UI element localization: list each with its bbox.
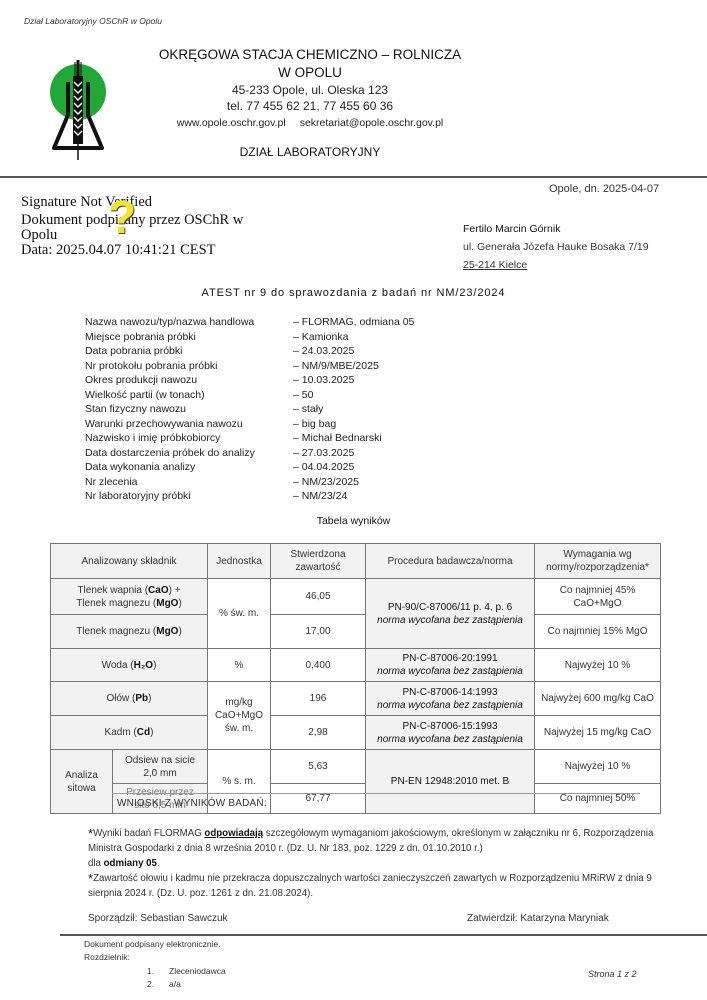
procedure-cell: PN-90/C-87006/11 p. 4, p. 6norma wycofan… — [366, 579, 535, 649]
note-compliance: *Wyniki badań FLORMAG odpowiadają szczeg… — [88, 826, 688, 856]
table-row: Tlenek magnezu (MgO) 17,00 Co najmniej 1… — [51, 615, 661, 649]
info-value: – NM/23/24 — [293, 489, 347, 504]
procedure-cell: PN-EN 12948:2010 met. B — [366, 750, 535, 814]
list-item: 2.a/a — [84, 978, 226, 991]
info-label: Wielkość partii (w tonach) — [85, 388, 293, 403]
col-header-unit: Jednostka — [208, 544, 271, 579]
info-value: – 10.03.2025 — [293, 373, 354, 388]
info-row: Nr laboratoryjny próbki– NM/23/24 — [85, 489, 414, 504]
info-value: – stały — [293, 402, 323, 417]
procedure-cell: PN-C-87006-15:1993norma wycofana bez zas… — [366, 716, 535, 750]
info-label: Warunki przechowywania nawozu — [85, 417, 293, 432]
info-label: Data pobrania próbki — [85, 344, 293, 359]
info-row: Nr zlecenia– NM/23/2025 — [85, 475, 414, 490]
info-row: Okres produkcji nawozu– 10.03.2025 — [85, 373, 414, 388]
header-divider — [0, 176, 707, 178]
info-value: – 24.03.2025 — [293, 344, 354, 359]
component-water: Woda (H₂O) — [51, 649, 208, 682]
results-table: Analizowany składnik Jednostka Stwierdzo… — [50, 543, 661, 814]
footer: Dokument podpisany elektronicznie. Rozdz… — [84, 938, 226, 990]
value-cell: 46,05 — [271, 579, 366, 615]
info-label: Okres produkcji nawozu — [85, 373, 293, 388]
info-value: – NM/9/MBE/2025 — [293, 359, 379, 374]
info-label: Nazwa nawozu/typ/nazwa handlowa — [85, 315, 293, 330]
info-label: Data wykonania analizy — [85, 460, 293, 475]
requirement-cell: Co najmniej 50% — [535, 784, 661, 814]
component-sieve-group: Analizasitowa — [51, 750, 113, 814]
note-contaminants: *Zawartość ołowiu i kadmu nie przekracza… — [88, 871, 688, 901]
document-title: ATEST nr 9 do sprawozdania z badań nr NM… — [0, 287, 707, 299]
overlay-divider — [112, 793, 640, 794]
recipient-address: Fertilo Marcin Górnik ul. Generała Józef… — [463, 220, 649, 274]
sample-info-list: Nazwa nawozu/typ/nazwa handlowa– FLORMAG… — [85, 315, 414, 504]
table-row: Analizasitowa Odsiew na sicie2,0 mm % s.… — [51, 750, 661, 784]
unit-cell: % św. m. — [208, 579, 271, 649]
requirement-cell: Najwyżej 600 mg/kg CaO — [535, 682, 661, 716]
org-email-link[interactable]: sekretariat@opole.oschr.gov.pl — [300, 117, 444, 129]
info-value: – NM/23/2025 — [293, 475, 359, 490]
requirement-cell: Co najmniej 15% MgO — [535, 615, 661, 649]
info-value: – 50 — [293, 388, 313, 403]
component-lead: Ołów (Pb) — [51, 682, 208, 716]
footer-signed-note: Dokument podpisany elektronicznie. — [84, 938, 226, 951]
info-value: – big bag — [293, 417, 336, 432]
wheat-flask-logo-icon — [48, 60, 108, 160]
note-compliance-variety: dla odmiany 05. — [88, 856, 688, 871]
department-name: DZIAŁ LABORATORYJNY — [150, 145, 470, 159]
info-value: – FLORMAG, odmiana 05 — [293, 315, 414, 330]
component-cao-mgo: Tlenek wapnia (CaO) +Tlenek magnezu (MgO… — [51, 579, 208, 615]
org-address: 45-233 Opole, ul. Oleska 123 — [150, 82, 470, 98]
prepared-by: Sporządził: Sebastian Sawczuk — [88, 913, 228, 924]
value-cell: 67,77 — [271, 784, 366, 814]
info-row: Data dostarczenia próbek do analizy– 27.… — [85, 446, 414, 461]
table-row: Tlenek wapnia (CaO) +Tlenek magnezu (MgO… — [51, 579, 661, 615]
document-date: Opole, dn. 2025-04-07 — [549, 183, 659, 195]
info-label: Nazwisko i imię próbkobiorcy — [85, 431, 293, 446]
list-item: 1.Zleceniodawca — [84, 965, 226, 978]
component-sieve-residue: Odsiew na sicie2,0 mm — [113, 750, 208, 784]
info-value: – 27.03.2025 — [293, 446, 354, 461]
table-row: Woda (H₂O) % 0,400 PN-C-87006-20:1991nor… — [51, 649, 661, 682]
table-title: Tabela wyników — [0, 515, 707, 527]
component-cadmium: Kadm (Cd) — [51, 716, 208, 750]
requirement-cell: Najwyżej 10 % — [535, 649, 661, 682]
org-city: W OPOLU — [150, 64, 470, 82]
value-cell: 2,98 — [271, 716, 366, 750]
header-top-label: Dział Laboratoryjny OSChR w Opolu — [24, 16, 162, 26]
info-label: Nr laboratoryjny próbki — [85, 489, 293, 504]
info-row: Nr protokołu pobrania próbki– NM/9/MBE/2… — [85, 359, 414, 374]
org-phone: tel. 77 455 62 21, 77 455 60 36 — [150, 98, 470, 114]
approved-by: Zatwierdził: Katarzyna Maryniak — [467, 913, 609, 924]
info-label: Nr zlecenia — [85, 475, 293, 490]
info-value: – Kamionka — [293, 330, 348, 345]
conclusions-notes: *Wyniki badań FLORMAG odpowiadają szczeg… — [88, 826, 688, 901]
distribution-list: 1.Zleceniodawca 2.a/a — [84, 965, 226, 990]
info-label: Stan fizyczny nawozu — [85, 402, 293, 417]
org-name: OKRĘGOWA STACJA CHEMICZNO – ROLNICZA — [150, 46, 470, 64]
table-row: Kadm (Cd) 2,98 PN-C-87006-15:1993norma w… — [51, 716, 661, 750]
requirement-cell: Najwyżej 15 mg/kg CaO — [535, 716, 661, 750]
value-cell: 5,63 — [271, 750, 366, 784]
question-mark-icon[interactable]: ? — [108, 192, 136, 242]
info-label: Nr protokołu pobrania próbki — [85, 359, 293, 374]
component-mgo: Tlenek magnezu (MgO) — [51, 615, 208, 649]
info-label: Data dostarczenia próbek do analizy — [85, 446, 293, 461]
value-cell: 0,400 — [271, 649, 366, 682]
col-header-value: Stwierdzonazawartość — [271, 544, 366, 579]
info-row: Data pobrania próbki– 24.03.2025 — [85, 344, 414, 359]
col-header-requirements: Wymagania wgnormy/rozporządzenia* — [535, 544, 661, 579]
info-row: Stan fizyczny nawozu– stały — [85, 402, 414, 417]
info-row: Miejsce pobrania próbki– Kamionka — [85, 330, 414, 345]
col-header-procedure: Procedura badawcza/norma — [366, 544, 535, 579]
org-website-link[interactable]: www.opole.oschr.gov.pl — [177, 117, 286, 129]
table-row: Ołów (Pb) mg/kgCaO+MgOśw. m. 196 PN-C-87… — [51, 682, 661, 716]
info-row: Nazwa nawozu/typ/nazwa handlowa– FLORMAG… — [85, 315, 414, 330]
conclusions-heading: WNIOSKI Z WYNIKÓW BADAŃ: — [117, 798, 267, 809]
info-value: – Michał Bednarski — [293, 431, 382, 446]
page-number: Strona 1 z 2 — [588, 969, 637, 979]
col-header-component: Analizowany składnik — [51, 544, 208, 579]
letterhead: OKRĘGOWA STACJA CHEMICZNO – ROLNICZA W O… — [150, 46, 470, 159]
recipient-city: 25-214 Kielce — [463, 256, 649, 274]
procedure-cell: PN-C-87006-20:1991norma wycofana bez zas… — [366, 649, 535, 682]
info-value: – 04.04.2025 — [293, 460, 354, 475]
footer-distribution-label: Rozdzielnik: — [84, 951, 226, 964]
unit-cell: % — [208, 649, 271, 682]
value-cell: 196 — [271, 682, 366, 716]
info-label: Miejsce pobrania próbki — [85, 330, 293, 345]
table-header-row: Analizowany składnik Jednostka Stwierdzo… — [51, 544, 661, 579]
signature-date: Data: 2025.04.07 10:41:21 CEST — [21, 243, 251, 258]
info-row: Nazwisko i imię próbkobiorcy– Michał Bed… — [85, 431, 414, 446]
info-row: Warunki przechowywania nawozu– big bag — [85, 417, 414, 432]
unit-cell: mg/kgCaO+MgOśw. m. — [208, 682, 271, 750]
info-row: Data wykonania analizy– 04.04.2025 — [85, 460, 414, 475]
recipient-name: Fertilo Marcin Górnik — [463, 220, 649, 238]
footer-divider — [60, 934, 707, 936]
value-cell: 17,00 — [271, 615, 366, 649]
recipient-street: ul. Generała Józefa Hauke Bosaka 7/19 — [463, 238, 649, 256]
info-row: Wielkość partii (w tonach)– 50 — [85, 388, 414, 403]
procedure-cell: PN-C-87006-14:1993norma wycofana bez zas… — [366, 682, 535, 716]
requirement-cell: Co najmniej 45%CaO+MgO — [535, 579, 661, 615]
requirement-cell: Najwyżej 10 % — [535, 750, 661, 784]
